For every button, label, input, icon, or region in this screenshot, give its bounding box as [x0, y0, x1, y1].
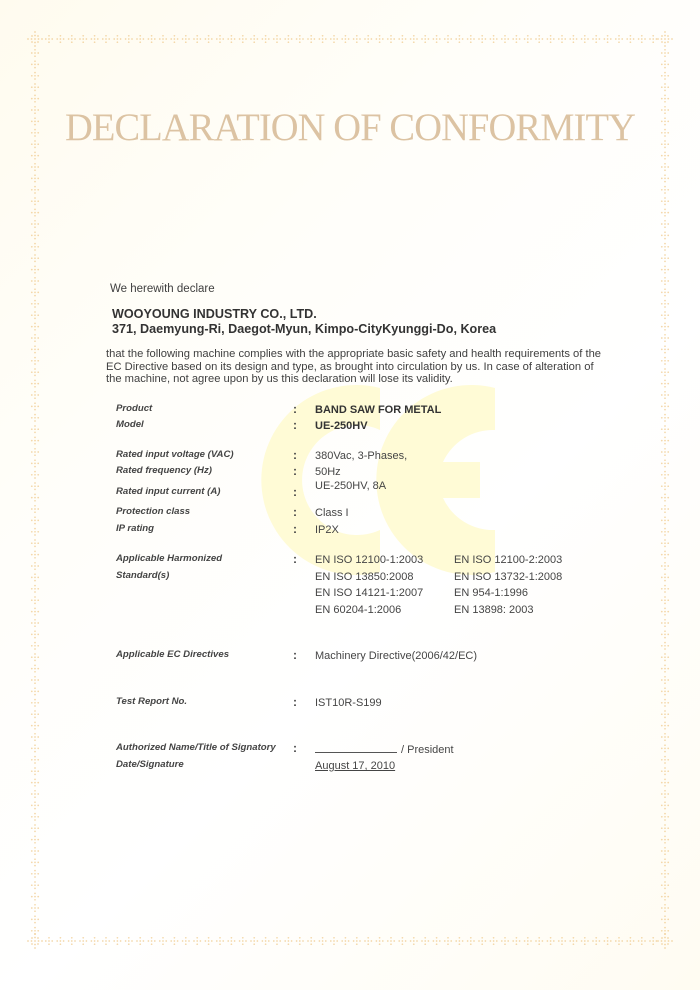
- field-row-model: Model : UE-250HV: [0, 418, 700, 434]
- field-label: Rated input current (A): [116, 485, 220, 498]
- field-label: Rated input voltage (VAC): [116, 448, 234, 461]
- standard-item: EN ISO 13850:2008: [315, 570, 454, 585]
- test-report-value: IST10R-S199: [315, 695, 382, 711]
- field-label: Product: [116, 402, 152, 415]
- standard-item: EN ISO 14121-1:2007: [315, 586, 454, 601]
- standard-item: EN 13898: 2003: [454, 603, 604, 618]
- standard-item: EN ISO 12100-1:2003: [315, 553, 454, 568]
- field-separator: :: [293, 464, 297, 478]
- field-separator: :: [293, 648, 297, 662]
- signatory-value: / President: [315, 741, 454, 758]
- field-label: Date/Signature: [116, 758, 184, 771]
- directives-value: Machinery Directive(2006/42/EC): [315, 648, 477, 664]
- document-title: DECLARATION OF CONFORMITY: [0, 106, 700, 150]
- field-label: Standard(s): [116, 569, 169, 582]
- company-name: WOOYOUNG INDUSTRY CO., LTD.: [112, 307, 496, 322]
- field-row-current: Rated input current (A) : UE-250HV, 8A: [0, 485, 700, 501]
- field-row-test-report: Test Report No. : IST10R-S199: [0, 695, 700, 711]
- field-separator: :: [293, 741, 297, 755]
- declare-intro: We herewith declare: [110, 283, 215, 295]
- field-separator: :: [293, 522, 297, 536]
- field-separator: :: [293, 402, 297, 416]
- standard-item: EN ISO 13732-1:2008: [454, 570, 604, 585]
- field-row-voltage: Rated input voltage (VAC) : 380Vac, 3-Ph…: [0, 448, 700, 464]
- signatory-title: / President: [401, 744, 454, 756]
- standard-item: EN 954-1:1996: [454, 586, 604, 601]
- standards-list: EN ISO 12100-1:2003EN ISO 12100-2:2003EN…: [315, 553, 615, 618]
- field-separator: :: [293, 418, 297, 432]
- field-row-ip-rating: IP rating : IP2X: [0, 522, 700, 538]
- field-label: Rated frequency (Hz): [116, 464, 212, 477]
- standard-item: EN 60204-1:2006: [315, 603, 454, 618]
- standard-item: EN ISO 12100-2:2003: [454, 553, 604, 568]
- field-row-product: Product : BAND SAW FOR METAL: [0, 402, 700, 418]
- field-label: Applicable EC Directives: [116, 648, 229, 661]
- field-label: Protection class: [116, 505, 190, 518]
- model-value: UE-250HV: [315, 418, 368, 434]
- field-label: Model: [116, 418, 144, 431]
- field-separator: :: [293, 552, 297, 566]
- protection-value: Class I: [315, 505, 349, 521]
- current-value: UE-250HV, 8A: [315, 478, 386, 494]
- field-row-date: Date/Signature August 17, 2010: [0, 758, 700, 774]
- field-row-signatory: Authorized Name/Title of Signatory : / P…: [0, 741, 700, 757]
- ip-value: IP2X: [315, 522, 339, 538]
- field-label: Test Report No.: [116, 695, 187, 708]
- product-value: BAND SAW FOR METAL: [315, 402, 441, 418]
- field-separator: :: [293, 695, 297, 709]
- signature-blank-line: [315, 741, 397, 753]
- field-row-protection: Protection class : Class I: [0, 505, 700, 521]
- field-label: IP rating: [116, 522, 154, 535]
- field-separator: :: [293, 448, 297, 462]
- field-label: Applicable Harmonized: [116, 552, 222, 565]
- company-address: 371, Daemyung-Ri, Daegot-Myun, Kimpo-Cit…: [112, 322, 496, 337]
- voltage-value: 380Vac, 3-Phases,: [315, 448, 407, 464]
- date-value: August 17, 2010: [315, 758, 395, 774]
- field-separator: :: [293, 485, 297, 499]
- conformity-statement: that the following machine complies with…: [106, 348, 606, 386]
- company-block: WOOYOUNG INDUSTRY CO., LTD. 371, Daemyun…: [112, 307, 496, 337]
- field-row-directives: Applicable EC Directives : Machinery Dir…: [0, 648, 700, 664]
- field-separator: :: [293, 505, 297, 519]
- field-label: Authorized Name/Title of Signatory: [116, 741, 276, 754]
